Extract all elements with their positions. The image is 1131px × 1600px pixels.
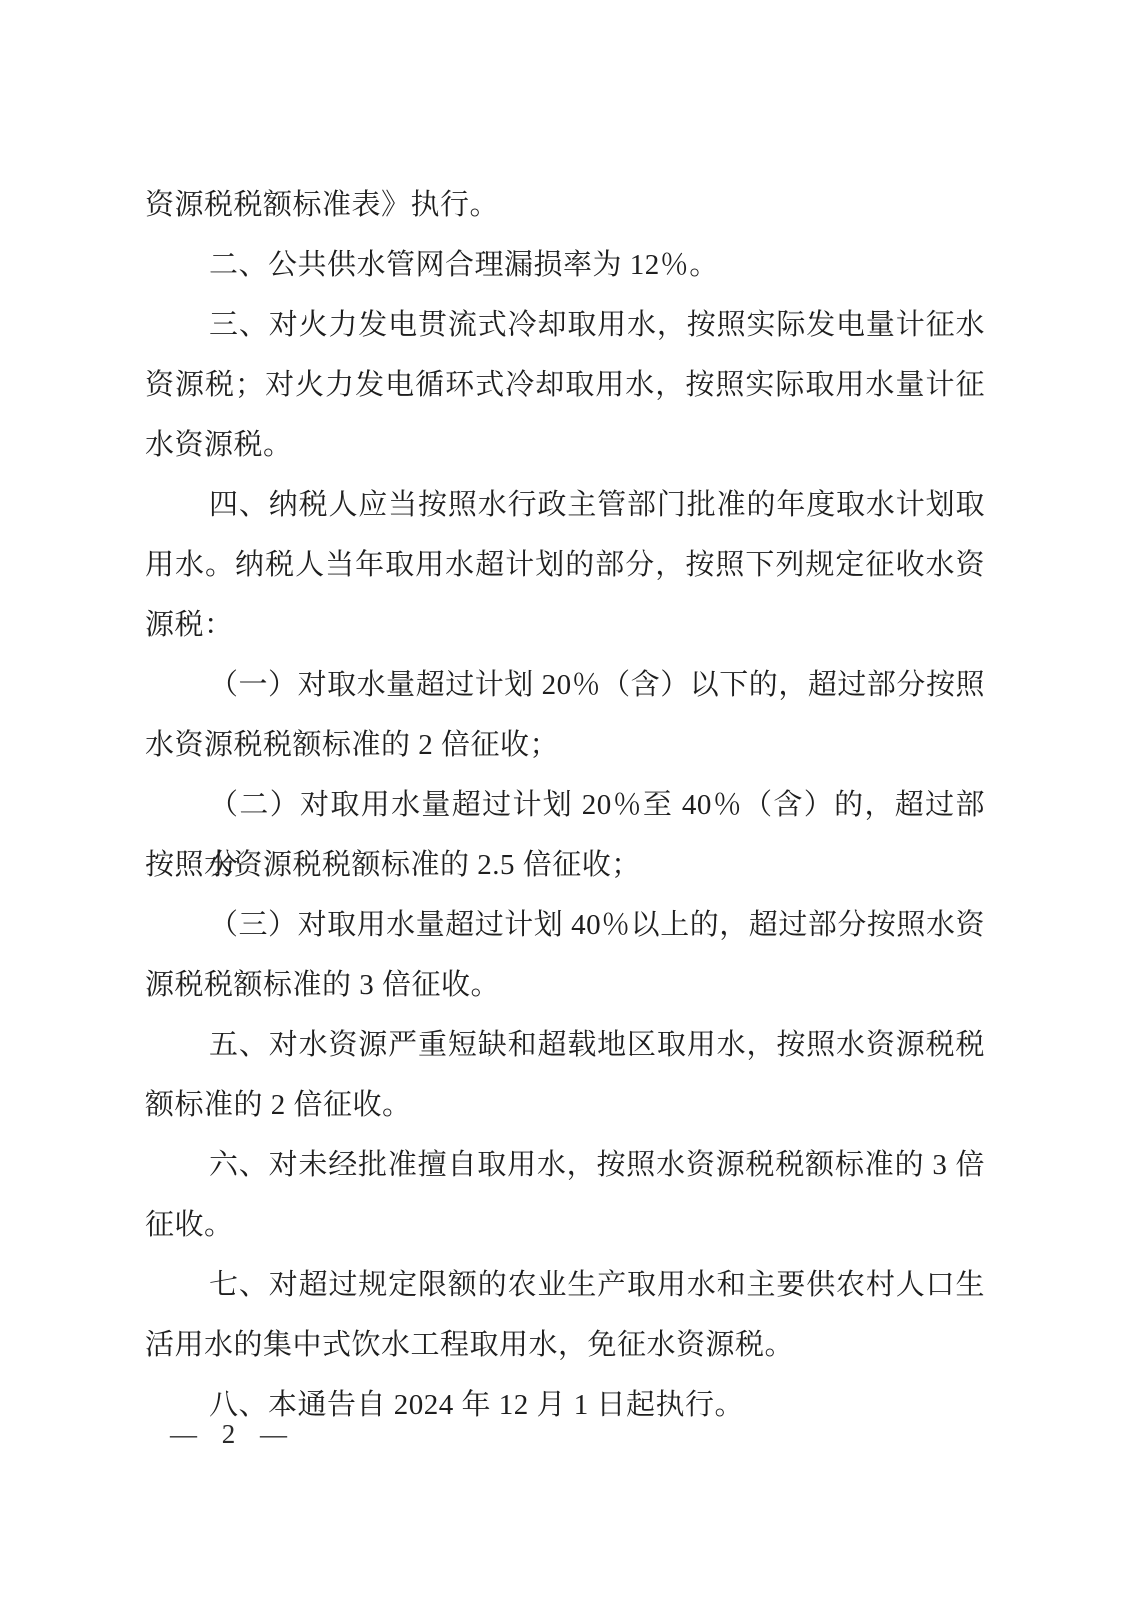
document-line: 六、对未经批准擅自取用水，按照水资源税税额标准的 3 倍 [145,1135,985,1195]
document-line: 三、对火力发电贯流式冷却取用水，按照实际发电量计征水 [145,295,985,355]
document-line: 源税税额标准的 3 倍征收。 [145,955,985,1015]
document-line: 四、纳税人应当按照水行政主管部门批准的年度取水计划取 [145,475,985,535]
document-line: 七、对超过规定限额的农业生产取用水和主要供农村人口生 [145,1255,985,1315]
document-line: 用水。纳税人当年取用水超计划的部分，按照下列规定征收水资 [145,535,985,595]
document-line: 征收。 [145,1195,985,1255]
document-line: 源税： [145,595,985,655]
document-line: （三）对取用水量超过计划 40％以上的，超过部分按照水资 [145,895,985,955]
document-line: 额标准的 2 倍征收。 [145,1075,985,1135]
document-line: 活用水的集中式饮水工程取用水，免征水资源税。 [145,1315,985,1375]
document-line: 五、对水资源严重短缺和超载地区取用水，按照水资源税税 [145,1015,985,1075]
page-number: — 2 — [170,1412,288,1456]
document-line: （二）对取用水量超过计划 20％至 40％（含）的，超过部分 [145,775,985,835]
document-line: 资源税税额标准表》执行。 [145,175,985,235]
document-line: 水资源税税额标准的 2 倍征收； [145,715,985,775]
document-line: 水资源税。 [145,415,985,475]
document-line: 按照水资源税税额标准的 2.5 倍征收； [145,835,985,895]
document-line: （一）对取水量超过计划 20％（含）以下的，超过部分按照 [145,655,985,715]
document-line: 资源税；对火力发电循环式冷却取用水，按照实际取用水量计征 [145,355,985,415]
document-line: 二、公共供水管网合理漏损率为 12％。 [145,235,985,295]
document-body: 资源税税额标准表》执行。 二、公共供水管网合理漏损率为 12％。 三、对火力发电… [145,175,985,1435]
document-page: 资源税税额标准表》执行。 二、公共供水管网合理漏损率为 12％。 三、对火力发电… [0,0,1131,1600]
